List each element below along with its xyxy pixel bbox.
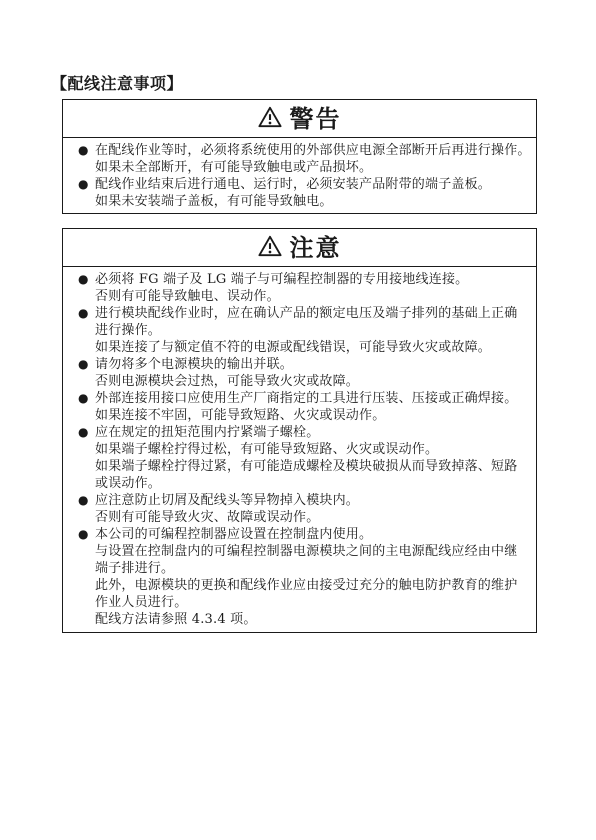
warning-box: 警告 ● 在配线作业等时，必须将系统使用的外部供应电源全部断开后再进行操作。 如… bbox=[62, 99, 537, 214]
item-line: 如果端子螺栓拧得过松，有可能导致短路、火灾或误动作。 bbox=[95, 441, 532, 458]
item-line: 如果连接了与额定值不符的电源或配线错误，可能导致火灾或故障。 bbox=[95, 339, 532, 356]
warning-box-title: 警告 bbox=[290, 107, 342, 131]
item-line: 否则有可能导致火灾、故障或误动作。 bbox=[95, 509, 532, 526]
item-line: 请勿将多个电源模块的输出并联。 bbox=[95, 356, 532, 373]
item-line: 端子排进行。 bbox=[95, 560, 532, 577]
item-line: 或误动作。 bbox=[95, 475, 532, 492]
item-line: 作业人员进行。 bbox=[95, 594, 532, 611]
item-line: 应注意防止切屑及配线头等异物掉入模块内。 bbox=[95, 492, 532, 509]
item-line: 应在规定的扭矩范围内拧紧端子螺栓。 bbox=[95, 424, 532, 441]
item-line: 如果端子螺栓拧得过紧，有可能造成螺栓及模块破损从而导致掉落、短路 bbox=[95, 458, 532, 475]
bullet-icon: ● bbox=[78, 356, 95, 373]
caution-box-body: ● 必须将 FG 端子及 LG 端子与可编程控制器的专用接地线连接。 否则有可能… bbox=[63, 267, 536, 628]
item-line: 此外，电源模块的更换和配线作业应由接受过充分的触电防护教育的维护 bbox=[95, 577, 532, 594]
warning-triangle-icon bbox=[258, 235, 282, 261]
list-item: ● 进行模块配线作业时，应在确认产品的额定电压及端子排列的基础上正确 进行操作。… bbox=[78, 305, 532, 356]
page-title: 【配线注意事项】 bbox=[51, 71, 183, 94]
list-item: ● 配线作业结束后进行通电、运行时，必须安装产品附带的端子盖板。 如果未安装端子… bbox=[78, 176, 532, 210]
bullet-icon: ● bbox=[78, 305, 95, 322]
item-line: 如果未安装端子盖板，有可能导致触电。 bbox=[95, 193, 532, 210]
item-line: 如果连接不牢固，可能导致短路、火灾或误动作。 bbox=[95, 407, 532, 424]
item-line: 必须将 FG 端子及 LG 端子与可编程控制器的专用接地线连接。 bbox=[95, 271, 532, 288]
bullet-icon: ● bbox=[78, 424, 95, 441]
document-page: 【配线注意事项】 警告 ● 在配线作业等时，必须将系统使用的外部供应电源全部断开… bbox=[0, 0, 596, 840]
warning-box-body: ● 在配线作业等时，必须将系统使用的外部供应电源全部断开后再进行操作。 如果未全… bbox=[63, 138, 536, 210]
item-line: 进行操作。 bbox=[95, 322, 532, 339]
list-item: ● 外部连接用接口应使用生产厂商指定的工具进行压装、压接或正确焊接。 如果连接不… bbox=[78, 390, 532, 424]
item-line: 否则有可能导致触电、误动作。 bbox=[95, 288, 532, 305]
bullet-icon: ● bbox=[78, 142, 95, 159]
bullet-icon: ● bbox=[78, 492, 95, 509]
item-line: 在配线作业等时，必须将系统使用的外部供应电源全部断开后再进行操作。 bbox=[95, 142, 532, 159]
list-item: ● 本公司的可编程控制器应设置在控制盘内使用。 与设置在控制盘内的可编程控制器电… bbox=[78, 526, 532, 628]
item-line: 本公司的可编程控制器应设置在控制盘内使用。 bbox=[95, 526, 532, 543]
item-line: 与设置在控制盘内的可编程控制器电源模块之间的主电源配线应经由中继 bbox=[95, 543, 532, 560]
item-line: 否则电源模块会过热，可能导致火灾或故障。 bbox=[95, 373, 532, 390]
item-line: 外部连接用接口应使用生产厂商指定的工具进行压装、压接或正确焊接。 bbox=[95, 390, 532, 407]
list-item: ● 应注意防止切屑及配线头等异物掉入模块内。 否则有可能导致火灾、故障或误动作。 bbox=[78, 492, 532, 526]
bullet-icon: ● bbox=[78, 390, 95, 407]
item-line: 进行模块配线作业时，应在确认产品的额定电压及端子排列的基础上正确 bbox=[95, 305, 532, 322]
bullet-icon: ● bbox=[78, 176, 95, 193]
item-line: 配线作业结束后进行通电、运行时，必须安装产品附带的端子盖板。 bbox=[95, 176, 532, 193]
list-item: ● 请勿将多个电源模块的输出并联。 否则电源模块会过热，可能导致火灾或故障。 bbox=[78, 356, 532, 390]
bullet-icon: ● bbox=[78, 271, 95, 288]
bullet-icon: ● bbox=[78, 526, 95, 543]
caution-box-header: 注意 bbox=[63, 229, 536, 267]
warning-triangle-icon bbox=[258, 106, 282, 132]
item-line: 配线方法请参照 4.3.4 项。 bbox=[95, 611, 532, 628]
caution-box: 注意 ● 必须将 FG 端子及 LG 端子与可编程控制器的专用接地线连接。 否则… bbox=[62, 228, 537, 633]
list-item: ● 在配线作业等时，必须将系统使用的外部供应电源全部断开后再进行操作。 如果未全… bbox=[78, 142, 532, 176]
list-item: ● 应在规定的扭矩范围内拧紧端子螺栓。 如果端子螺栓拧得过松，有可能导致短路、火… bbox=[78, 424, 532, 492]
list-item: ● 必须将 FG 端子及 LG 端子与可编程控制器的专用接地线连接。 否则有可能… bbox=[78, 271, 532, 305]
warning-box-header: 警告 bbox=[63, 100, 536, 138]
item-line: 如果未全部断开，有可能导致触电或产品损坏。 bbox=[95, 159, 532, 176]
caution-box-title: 注意 bbox=[290, 236, 342, 260]
